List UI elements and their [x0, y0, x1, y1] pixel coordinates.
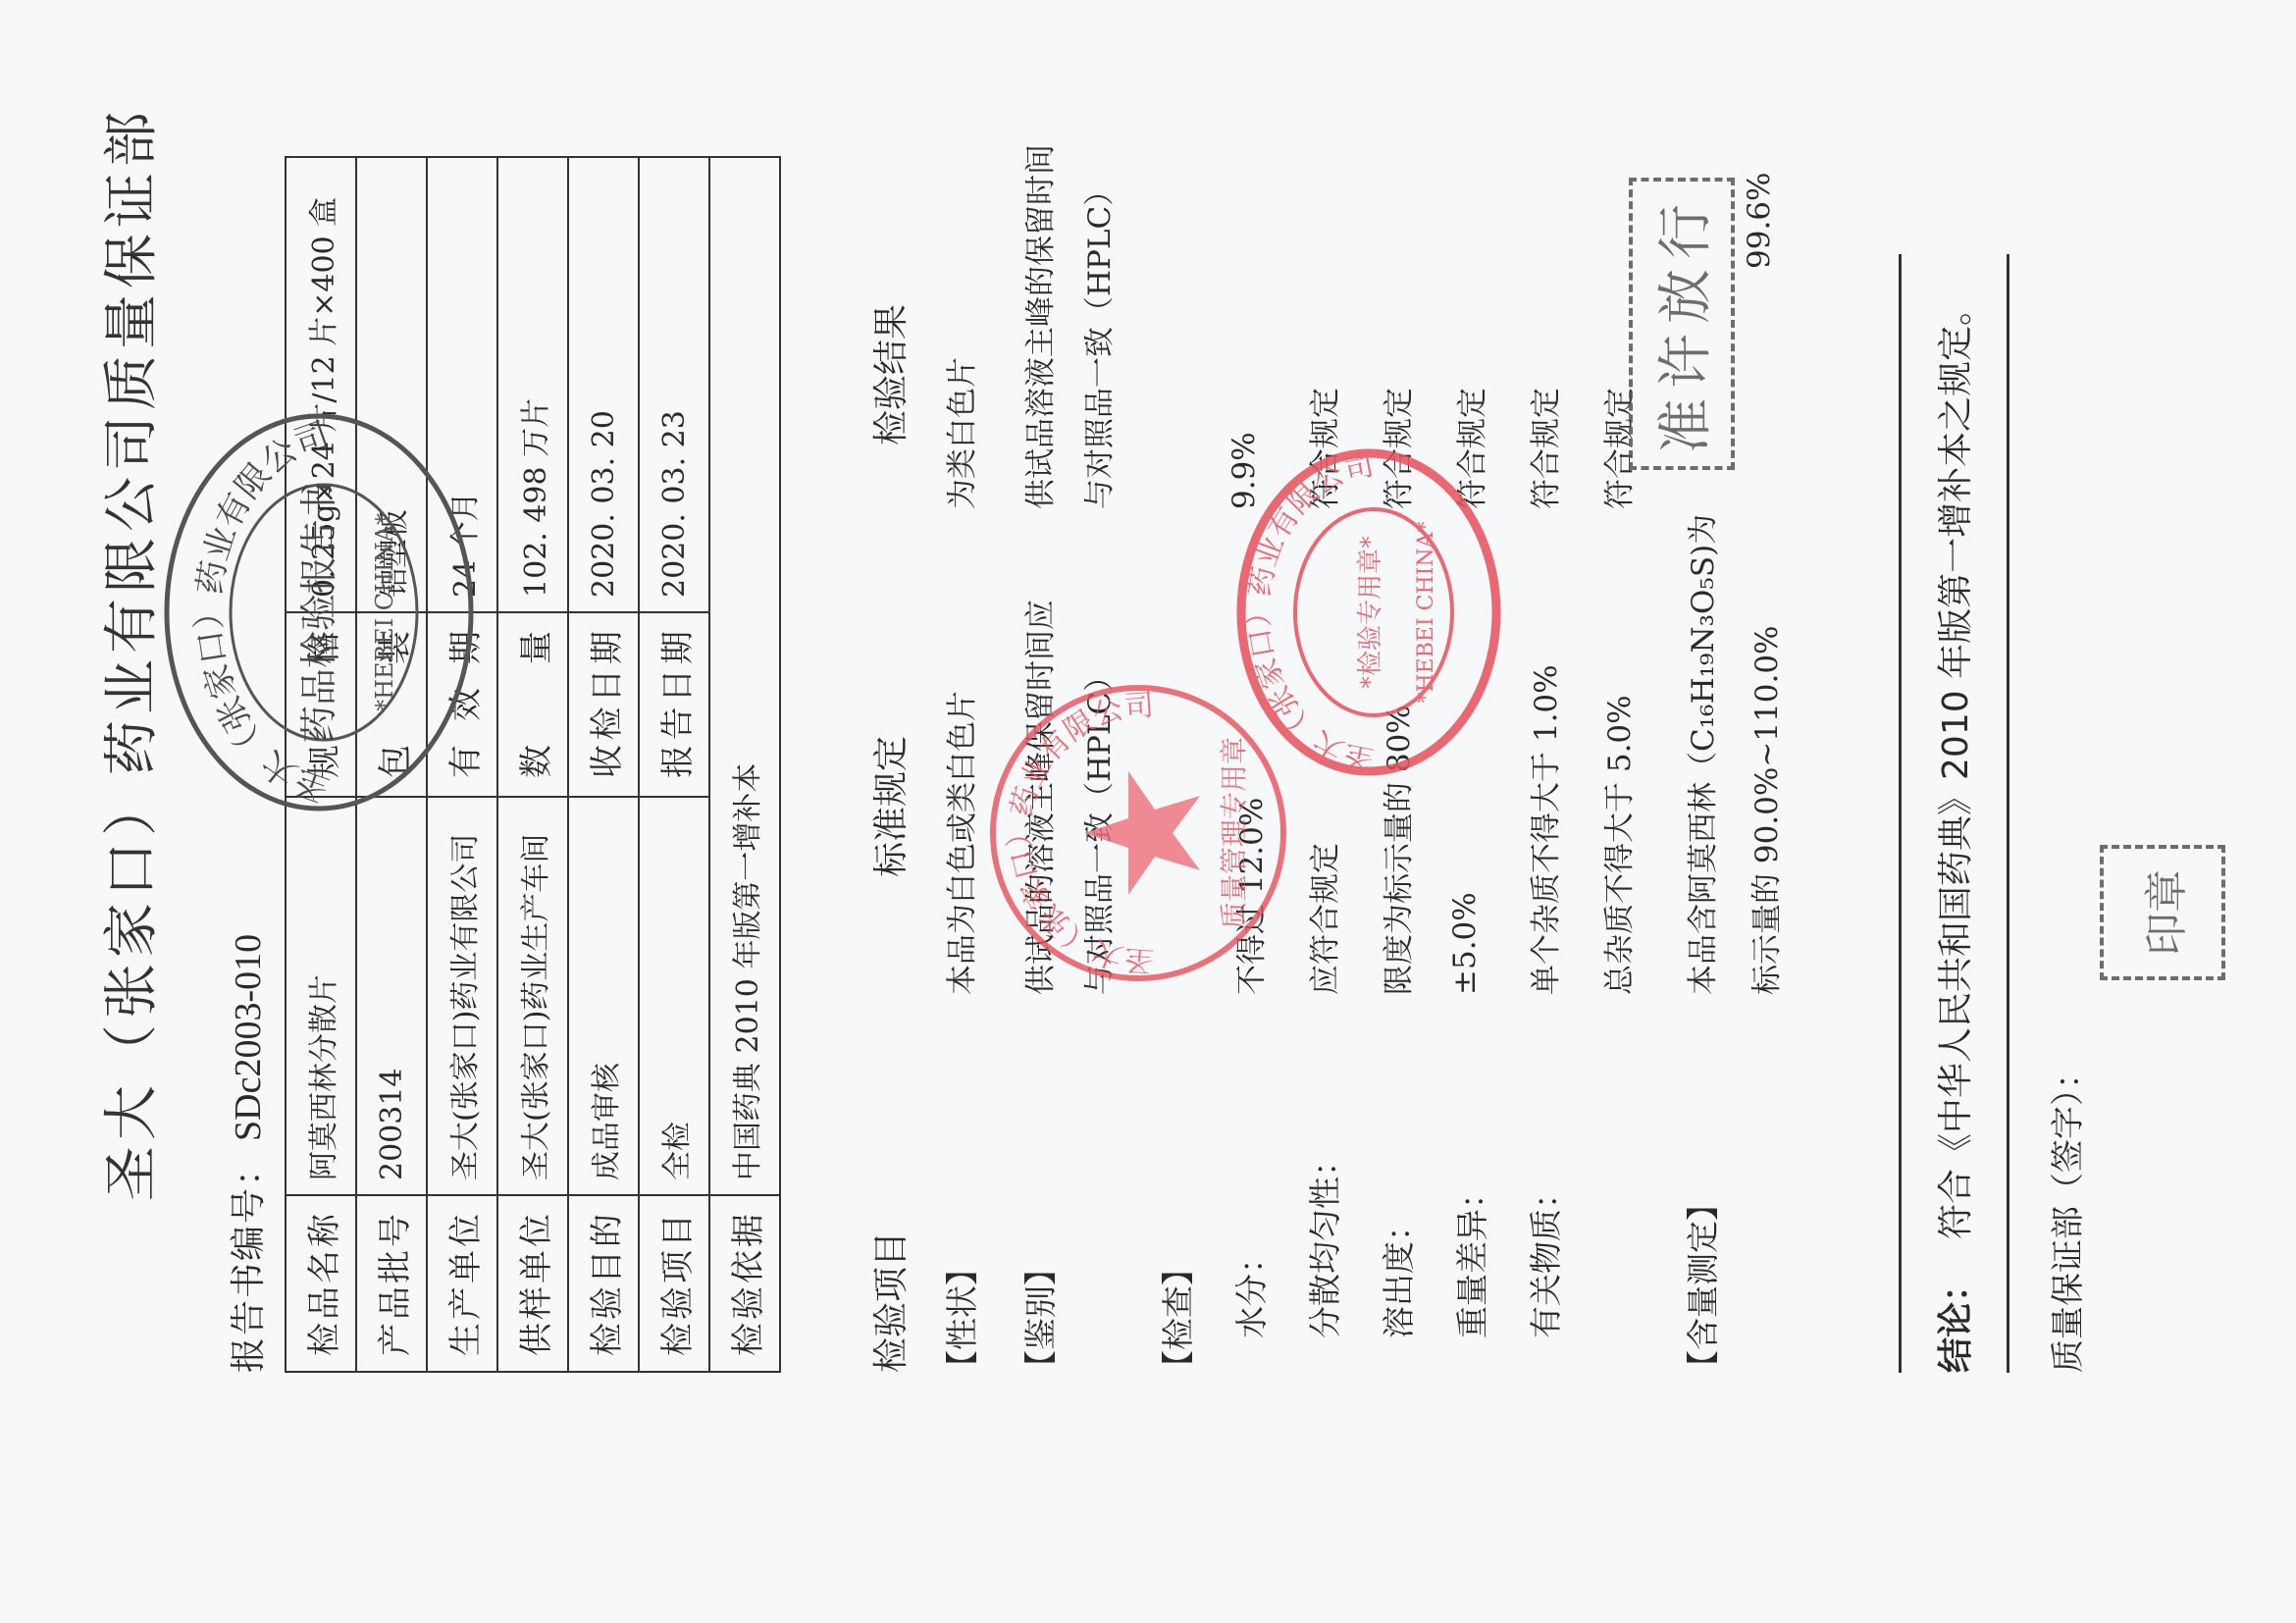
batch-value: 200314: [356, 797, 427, 1195]
result-row: 溶出度：限度为标示量的 80%符合规定: [1374, 0, 1433, 1623]
report-info-table: 检品名称 阿莫西林分散片 规格 0. 25g×24 片/12 片×400 盒 产…: [285, 156, 781, 1373]
result-standard: 供试品的溶液主峰保留时间应: [1016, 600, 1060, 995]
validity-label: 有效期: [427, 612, 497, 797]
signature-seal: 印章: [2100, 845, 2225, 980]
table-row: 检验依据 中国药典 2010 年版第一增补本: [709, 157, 780, 1372]
result-item: 【含量测定】: [1678, 1188, 1724, 1383]
result-row: 【鉴别】供试品的溶液主峰保留时间应供试品溶液主峰的保留时间: [1016, 0, 1074, 1623]
received-date-label: 收检日期: [568, 612, 639, 797]
result-item: 溶出度：: [1374, 1209, 1420, 1338]
conclusion: 结论：符合《中华人民共和国药典》2010 年版第一增补本之规定。: [1928, 290, 1978, 1373]
release-stamp-text: 准许放行: [1643, 194, 1721, 453]
spec-label: 规格: [286, 612, 356, 797]
divider-top: [1899, 254, 1902, 1373]
product-name-value: 阿莫西林分散片: [286, 797, 356, 1195]
results-header: 检验项目 标准规定 检验结果: [863, 0, 922, 1623]
scope-label: 检验项目: [639, 1195, 709, 1372]
supplier-label: 供样单位: [497, 1195, 568, 1372]
batch-label: 产品批号: [356, 1195, 427, 1372]
result-standard: 标示量的 90.0%~110.0%: [1742, 625, 1786, 995]
result-value: 为类白色片: [937, 357, 981, 509]
conclusion-text: 符合《中华人民共和国药典》2010 年版第一增补本之规定。: [1936, 290, 1976, 1239]
result-standard: 与对照品一致（HPLC）: [1074, 661, 1119, 995]
table-row: 产品批号 200314 包装 铝塑板: [356, 157, 427, 1372]
result-standard: 单个杂质不得大于 1.0%: [1521, 664, 1565, 995]
result-item: 水分：: [1226, 1241, 1273, 1338]
result-standard: 不得过 12.0%: [1226, 798, 1271, 995]
result-row: 与对照品一致（HPLC）与对照品一致（HPLC）: [1074, 0, 1133, 1623]
result-row: 标示量的 90.0%~110.0%99.6%: [1742, 0, 1800, 1623]
signature-line: 质量保证部（签字）：: [2041, 1056, 2089, 1373]
result-standard: 限度为标示量的 80%: [1374, 705, 1418, 995]
report-date-value: 2020. 03. 23: [639, 157, 709, 612]
table-row: 检验目的 成品审核 收检日期 2020. 03. 20: [568, 157, 639, 1372]
result-value: 符合规定: [1521, 388, 1565, 509]
release-stamp: 准许放行: [1629, 178, 1735, 470]
result-value: 符合规定: [1374, 388, 1418, 509]
table-row: 供样单位 圣大(张家口)药业生产车间 数量 102. 498 万片: [497, 157, 568, 1372]
product-name-label: 检品名称: [286, 1195, 356, 1372]
result-standard: 总杂质不得大于 5.0%: [1594, 695, 1639, 995]
purpose-value: 成品审核: [568, 797, 639, 1195]
result-value: 99.6%: [1742, 173, 1777, 269]
header-standard: 标准规定: [863, 736, 913, 877]
quantity-value: 102. 498 万片: [497, 157, 568, 612]
manufacturer-label: 生产单位: [427, 1195, 497, 1372]
result-item: 分散均匀性：: [1300, 1144, 1346, 1338]
report-date-label: 报告日期: [639, 612, 709, 797]
validity-value: 24 个月: [427, 157, 497, 612]
report-number-value: SDc2003-010: [228, 934, 269, 1141]
signature-seal-text: 印章: [2131, 869, 2194, 956]
package-label: 包装: [356, 612, 427, 797]
basis-label: 检验依据: [709, 1195, 780, 1372]
table-row: 检品名称 阿莫西林分散片 规格 0. 25g×24 片/12 片×400 盒: [286, 157, 356, 1372]
report-number-label: 报告书编号：: [229, 1149, 269, 1373]
result-value: 符合规定: [1300, 388, 1344, 509]
table-row: 检验项目 全检 报告日期 2020. 03. 23: [639, 157, 709, 1372]
scope-value: 全检: [639, 797, 709, 1195]
header-result: 检验结果: [863, 304, 913, 445]
result-row: 分散均匀性：应符合规定符合规定: [1300, 0, 1359, 1623]
result-row: 【性状】本品为白色或类白色片为类白色片: [937, 0, 996, 1623]
result-standard: 本品为白色或类白色片: [937, 691, 981, 995]
result-standard: 应符合规定: [1300, 843, 1344, 995]
result-item: 【鉴别】: [1016, 1253, 1062, 1383]
basis-value: 中国药典 2010 年版第一增补本: [709, 157, 780, 1195]
manufacturer-value: 圣大(张家口)药业有限公司: [427, 797, 497, 1195]
table-row: 生产单位 圣大(张家口)药业有限公司 有效期 24 个月: [427, 157, 497, 1372]
report-number: 报告书编号：SDc2003-010: [221, 934, 271, 1373]
purpose-label: 检验目的: [568, 1195, 639, 1372]
spec-value: 0. 25g×24 片/12 片×400 盒: [286, 157, 356, 612]
result-value: 符合规定: [1447, 388, 1491, 509]
supplier-value: 圣大(张家口)药业生产车间: [497, 797, 568, 1195]
result-item: 【性状】: [937, 1253, 983, 1383]
result-row: 重量差异：±5.0%符合规定: [1447, 0, 1506, 1623]
result-row: 有关物质：单个杂质不得大于 1.0%符合规定: [1521, 0, 1580, 1623]
header-item: 检验项目: [863, 1231, 913, 1373]
quantity-label: 数量: [497, 612, 568, 797]
conclusion-label: 结论：: [1936, 1267, 1976, 1373]
divider-bottom: [2007, 254, 2009, 1373]
result-value: 供试品溶液主峰的保留时间: [1016, 144, 1060, 509]
result-value: 9.9%: [1226, 432, 1262, 509]
result-standard: 本品含阿莫西林（C₁₆H₁₉N₃O₅S)为: [1678, 514, 1722, 995]
result-standard: ±5.0%: [1447, 892, 1483, 995]
signature-label: 质量保证部（签字）：: [2049, 1056, 2088, 1373]
result-row: 水分：不得过 12.0%9.9%: [1226, 0, 1285, 1623]
quality-report-page: 圣大（张家口）药业有限公司质量保证部 报告书编号：SDc2003-010 检品名…: [0, 0, 2296, 1623]
result-value: 与对照品一致（HPLC）: [1074, 176, 1119, 509]
page-title: 圣大（张家口）药业有限公司质量保证部: [88, 106, 167, 1201]
package-value: 铝塑板: [356, 157, 427, 612]
result-row: 【检查】: [1153, 0, 1212, 1623]
result-item: 【检查】: [1153, 1253, 1199, 1383]
result-item: 重量差异：: [1447, 1177, 1493, 1338]
scanned-document-view: 圣大（张家口）药业有限公司质量保证部 报告书编号：SDc2003-010 检品名…: [0, 0, 2296, 1623]
result-item: 有关物质：: [1521, 1177, 1567, 1338]
received-date-value: 2020. 03. 20: [568, 157, 639, 612]
